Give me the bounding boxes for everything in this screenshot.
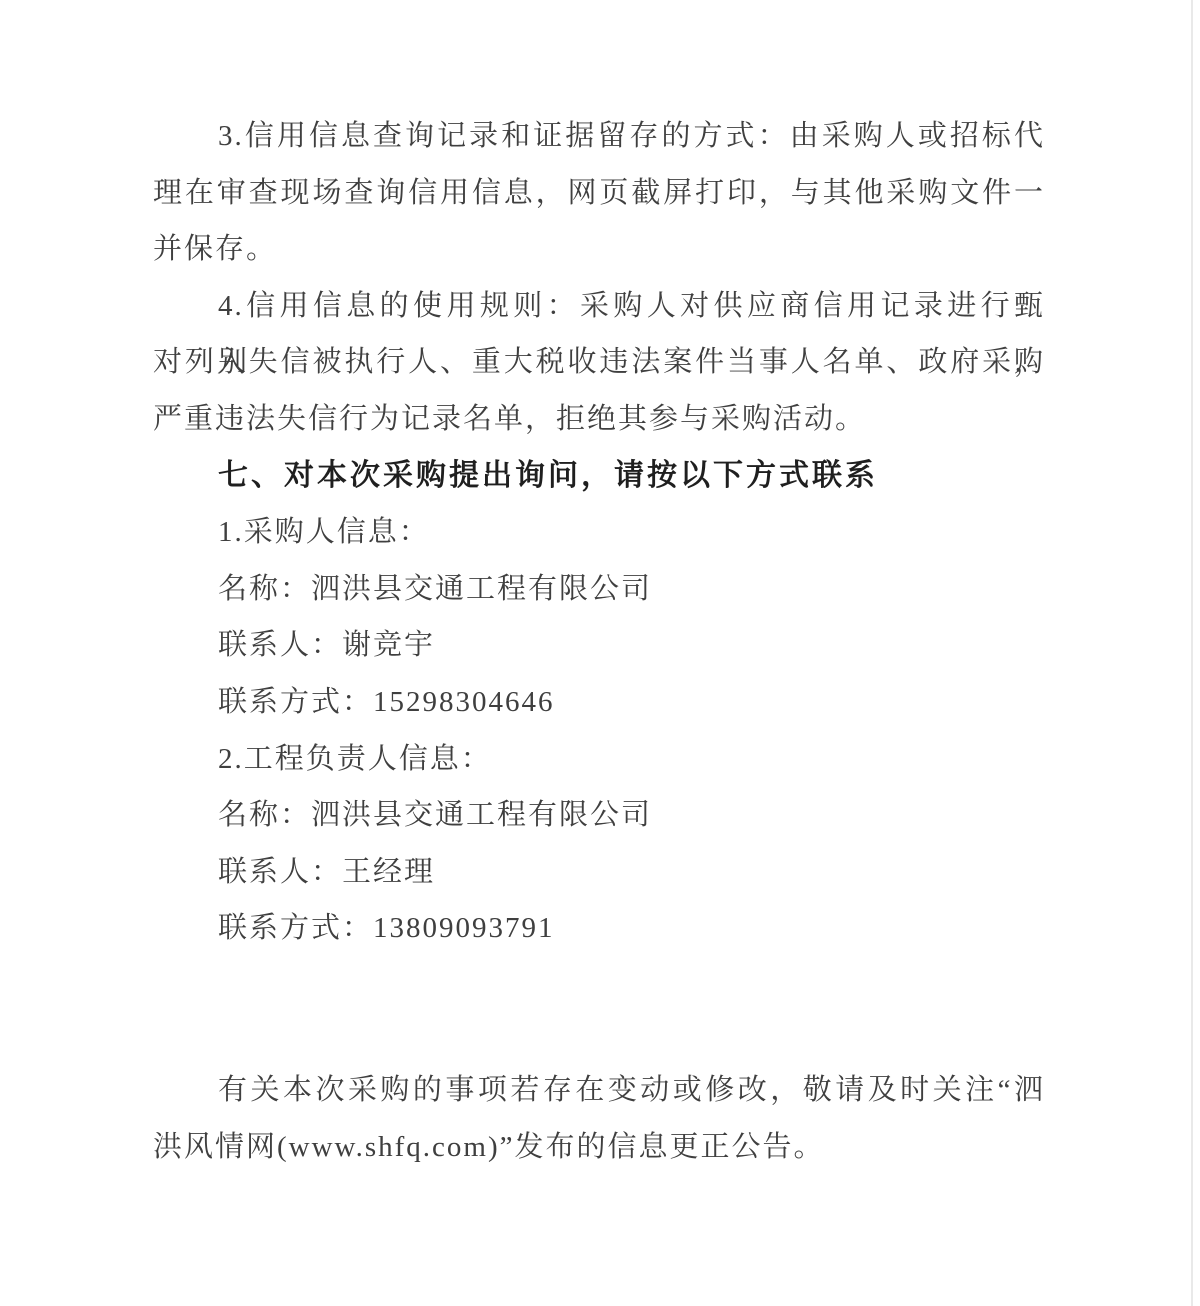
text-line: 2.工程负责人信息： bbox=[153, 731, 1045, 788]
text-line: 并保存。 bbox=[153, 221, 1045, 278]
text-line: 名称：泗洪县交通工程有限公司 bbox=[153, 787, 1045, 844]
text-line: 对列入失信被执行人、重大税收违法案件当事人名单、政府采购 bbox=[153, 334, 1045, 391]
text-line: 3.信用信息查询记录和证据留存的方式：由采购人或招标代 bbox=[153, 108, 1045, 165]
section-heading-line: 七、对本次采购提出询问，请按以下方式联系 bbox=[153, 448, 1045, 505]
text-line: 联系人：王经理 bbox=[153, 844, 1045, 901]
text-line: 名称：泗洪县交通工程有限公司 bbox=[153, 561, 1045, 618]
text-line: 严重违法失信行为记录名单，拒绝其参与采购活动。 bbox=[153, 391, 1045, 448]
document-page: 3.信用信息查询记录和证据留存的方式：由采购人或招标代理在审查现场查询信用信息，… bbox=[0, 0, 1200, 1306]
text-line: 联系人：谢竞宇 bbox=[153, 617, 1045, 674]
text-line: 理在审查现场查询信用信息，网页截屏打印，与其他采购文件一 bbox=[153, 165, 1045, 222]
text-line: 4.信用信息的使用规则：采购人对供应商信用记录进行甄别， bbox=[153, 278, 1045, 335]
text-line: 联系方式：13809093791 bbox=[153, 900, 1045, 957]
text-line: 1.采购人信息： bbox=[153, 504, 1045, 561]
text-line: 有关本次采购的事项若存在变动或修改，敬请及时关注“泗 bbox=[153, 1062, 1045, 1119]
page-right-edge-line bbox=[1191, 0, 1193, 1306]
document-body: 3.信用信息查询记录和证据留存的方式：由采购人或招标代理在审查现场查询信用信息，… bbox=[153, 108, 1045, 1175]
text-line: 联系方式：15298304646 bbox=[153, 674, 1045, 731]
text-line: 洪风情网(www.shfq.com)”发布的信息更正公告。 bbox=[153, 1119, 1045, 1176]
